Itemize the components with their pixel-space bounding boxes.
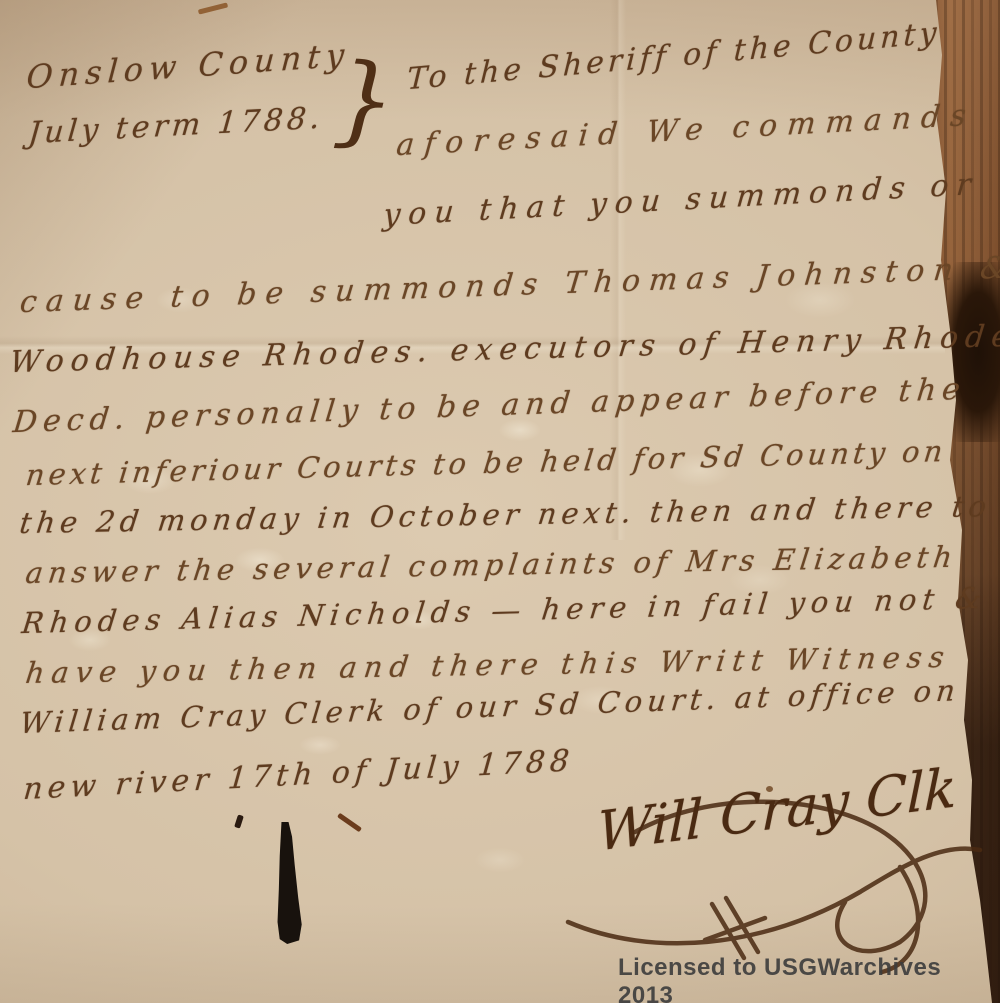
document-photo: Onslow County July term 1788. } To the S…: [0, 0, 1000, 1003]
brace-glyph: }: [330, 42, 398, 159]
watermark-text: Licensed to USGWarchives 2013: [618, 954, 1000, 1003]
stray-mark: [766, 786, 773, 792]
